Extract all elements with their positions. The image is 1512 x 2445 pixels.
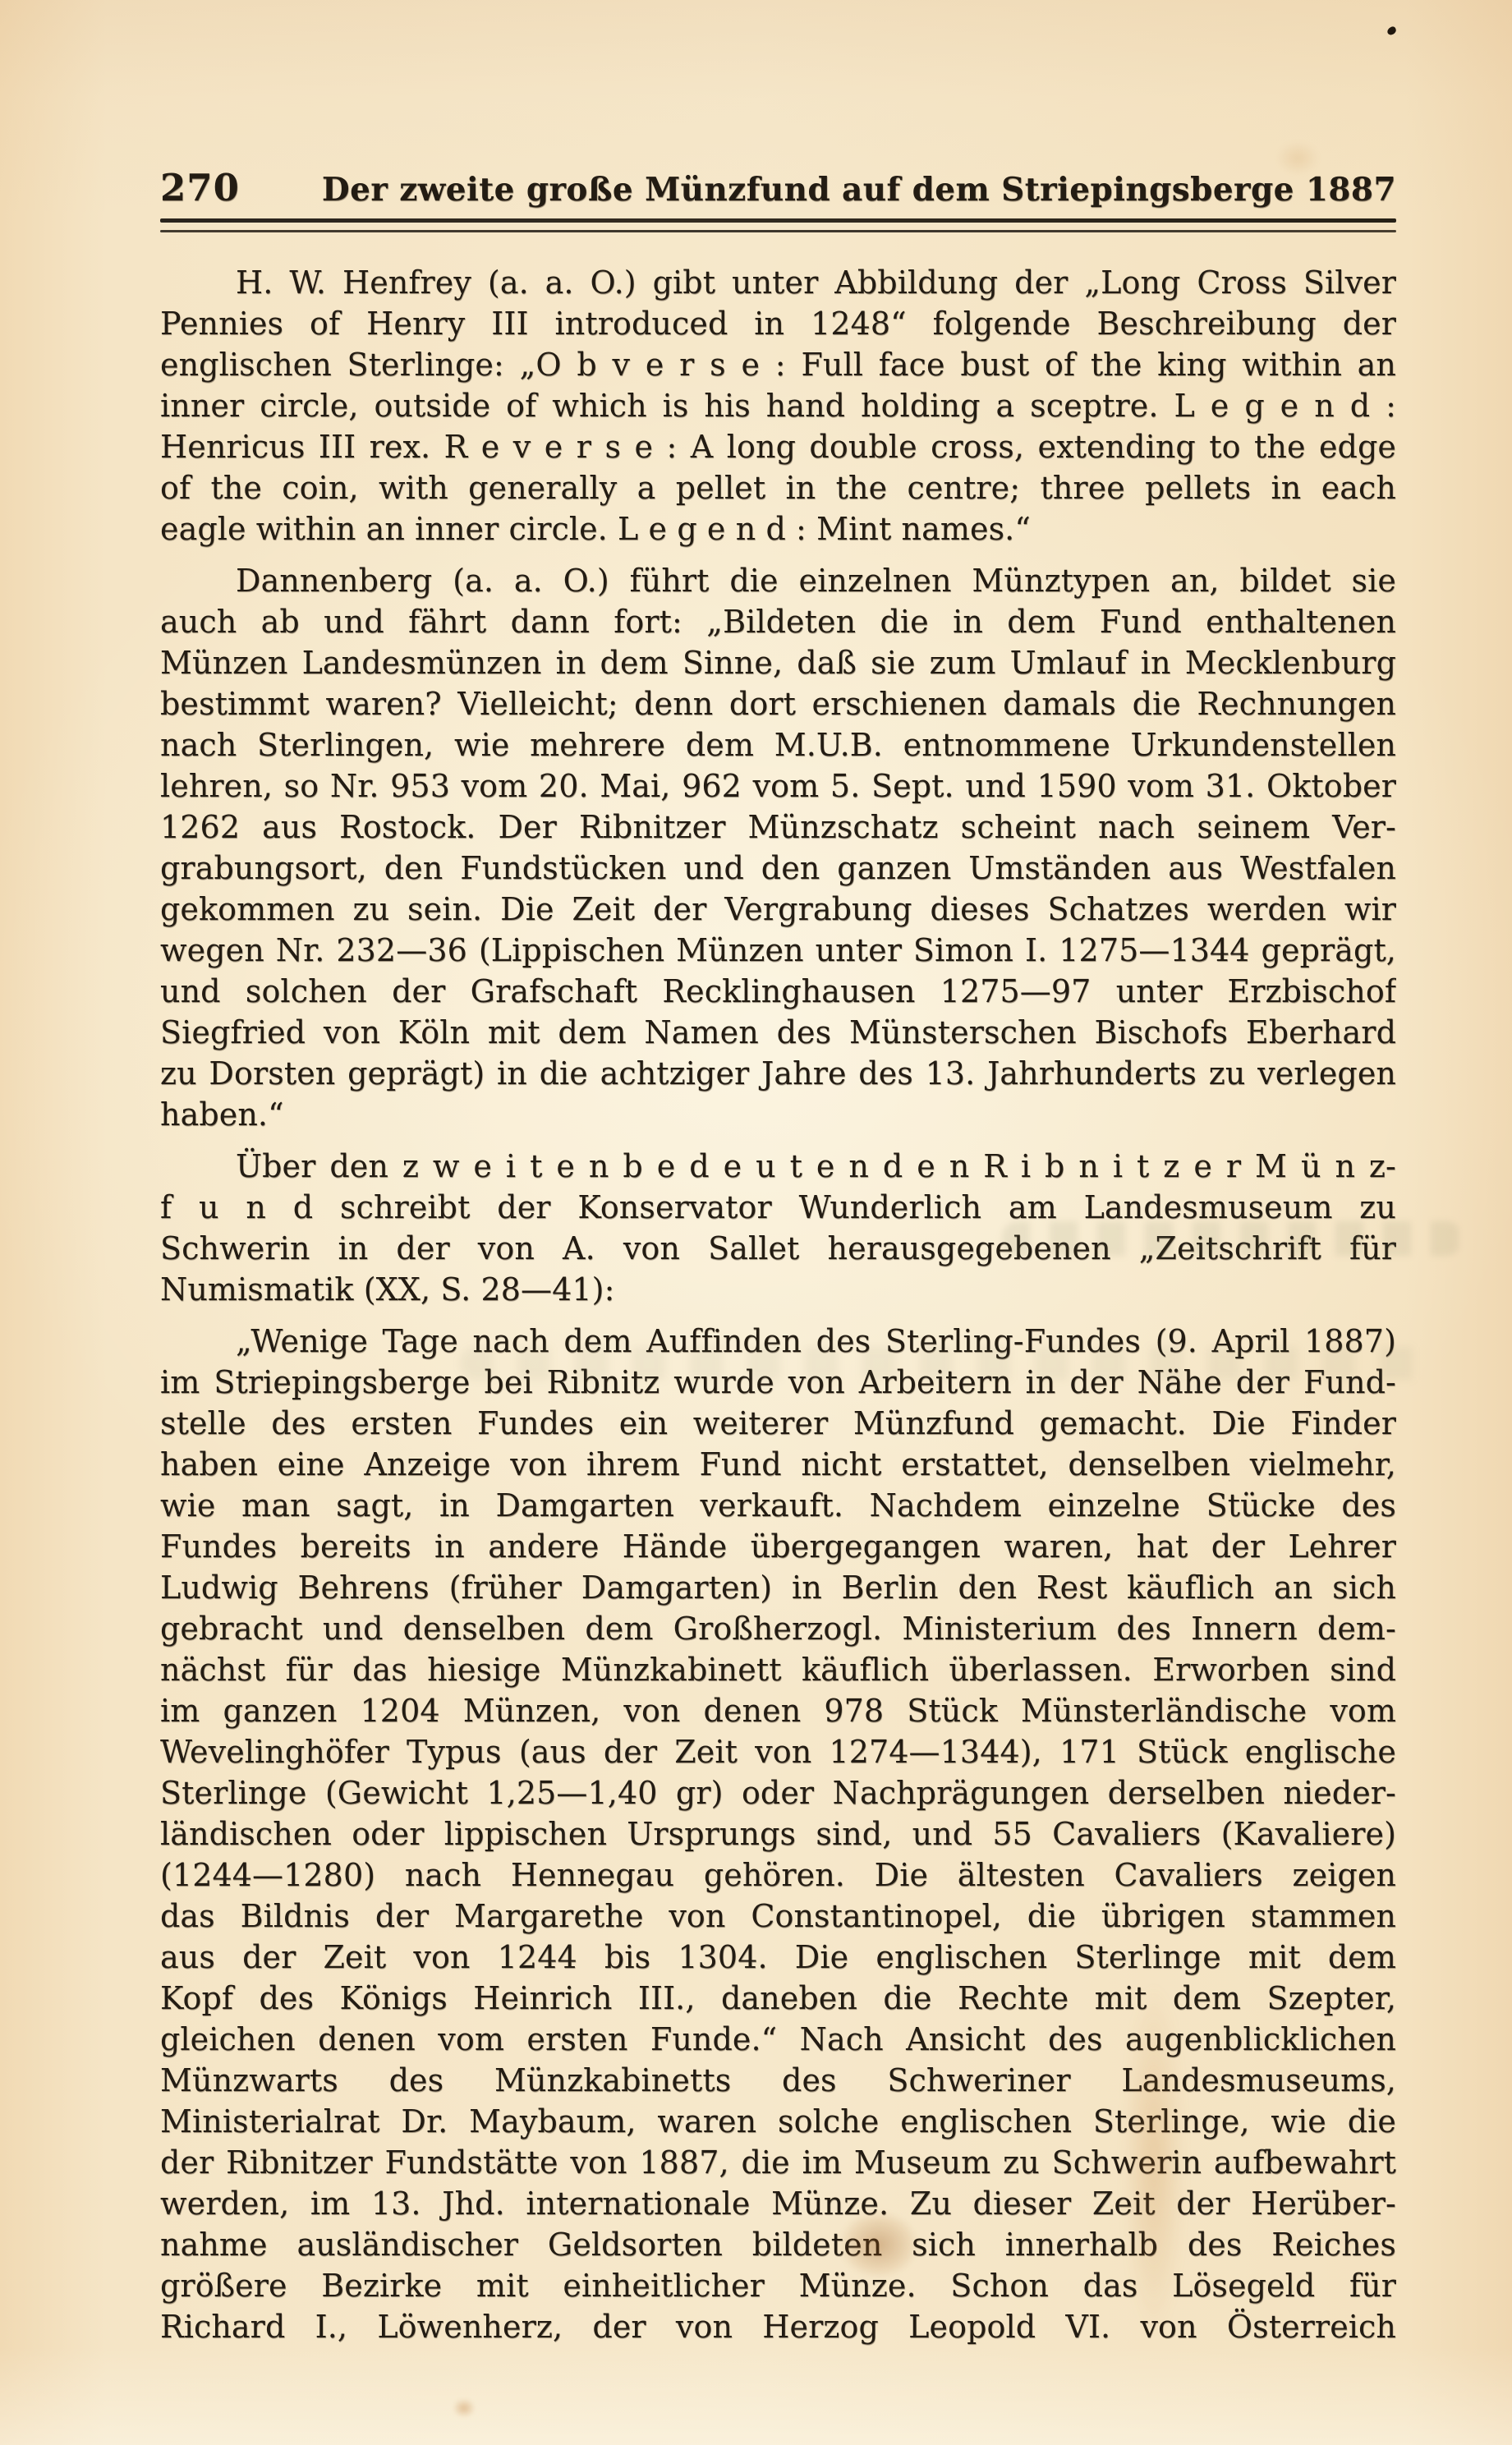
paragraph: H. W. Henfrey (a. a. O.) gibt unter Abbi… — [160, 262, 1396, 549]
page-number: 270 — [160, 166, 240, 209]
text-line: und solchen der Grafschaft Recklinghause… — [160, 971, 1396, 1012]
text-line: wie man sagt, in Damgarten verkauft. Nac… — [160, 1485, 1396, 1526]
text-line: zu Dorsten geprägt) in die achtziger Jah… — [160, 1053, 1396, 1094]
header-rule-thick-line — [160, 218, 1396, 223]
text-line: im ganzen 1204 Münzen, von denen 978 Stü… — [160, 1690, 1396, 1731]
text-line: H. W. Henfrey (a. a. O.) gibt unter Abbi… — [160, 262, 1396, 303]
text-line: englischen Sterlinge: „O b v e r s e : F… — [160, 344, 1396, 385]
page-header: 270 Der zweite große Münzfund auf dem St… — [160, 166, 1396, 209]
text-line: Münzwarts des Münzkabinetts des Schwerin… — [160, 2060, 1396, 2101]
paragraph: „Wenige Tage nach dem Auffinden des Ster… — [160, 1321, 1396, 2347]
text-line: im Striepingsberge bei Ribnitz wurde von… — [160, 1362, 1396, 1403]
text-line: Schwerin in der von A. von Sallet heraus… — [160, 1228, 1396, 1269]
text-line: Ludwig Behrens (früher Damgarten) in Ber… — [160, 1567, 1396, 1608]
text-line: Richard I., Löwenherz, der von Herzog Le… — [160, 2306, 1396, 2347]
text-line: werden, im 13. Jhd. internationale Münze… — [160, 2183, 1396, 2224]
text-line: bestimmt waren? Vielleicht; denn dort er… — [160, 683, 1396, 724]
header-rule-thin-line — [160, 230, 1396, 232]
text-line: haben eine Anzeige von ihrem Fund nicht … — [160, 1444, 1396, 1485]
text-line: eagle within an inner circle. L e g e n … — [160, 508, 1396, 549]
text-line: gekommen zu sein. Die Zeit der Vergrabun… — [160, 889, 1396, 930]
ink-speck — [1386, 25, 1398, 36]
text-line: nach Sterlingen, wie mehrere dem M.U.B. … — [160, 724, 1396, 765]
text-line: größere Bezirke mit einheitlicher Münze.… — [160, 2265, 1396, 2306]
paragraph: Über den z w e i t e n b e d e u t e n d… — [160, 1146, 1396, 1310]
text-line: lehren, so Nr. 953 vom 20. Mai, 962 vom … — [160, 765, 1396, 807]
text-line: inner circle, outside of which is his ha… — [160, 385, 1396, 426]
text-line: gebracht und denselben dem Großherzogl. … — [160, 1608, 1396, 1649]
text-line: nächst für das hiesige Münzkabinett käuf… — [160, 1649, 1396, 1690]
text-line: 1262 aus Rostock. Der Ribnitzer Münzscha… — [160, 807, 1396, 848]
text-line: f u n d schreibt der Konservator Wunderl… — [160, 1187, 1396, 1228]
text-line: der Ribnitzer Fundstätte von 1887, die i… — [160, 2142, 1396, 2183]
text-line: Siegfried von Köln mit dem Namen des Mün… — [160, 1012, 1396, 1053]
text-line: Dannenberg (a. a. O.) führt die einzelne… — [160, 560, 1396, 601]
text-line: stelle des ersten Fundes ein weiterer Mü… — [160, 1403, 1396, 1444]
header-rule — [160, 218, 1396, 232]
text-line: Sterlinge (Gewicht 1,25—1,40 gr) oder Na… — [160, 1772, 1396, 1813]
text-line: das Bildnis der Margarethe von Constanti… — [160, 1896, 1396, 1937]
page-text: H. W. Henfrey (a. a. O.) gibt unter Abbi… — [160, 262, 1396, 2347]
text-line: Münzen Landesmünzen in dem Sinne, daß si… — [160, 642, 1396, 683]
text-line: Fundes bereits in andere Hände übergegan… — [160, 1526, 1396, 1567]
running-title: Der zweite große Münzfund auf dem Striep… — [322, 171, 1396, 209]
text-line: „Wenige Tage nach dem Auffinden des Ster… — [160, 1321, 1396, 1362]
paragraph: Dannenberg (a. a. O.) führt die einzelne… — [160, 560, 1396, 1135]
text-line: wegen Nr. 232—36 (Lippischen Münzen unte… — [160, 930, 1396, 971]
text-line: grabungsort, den Fundstücken und den gan… — [160, 848, 1396, 889]
text-line: ländischen oder lippischen Ursprungs sin… — [160, 1813, 1396, 1854]
text-line: of the coin, with generally a pellet in … — [160, 467, 1396, 508]
text-line: Über den z w e i t e n b e d e u t e n d… — [160, 1146, 1396, 1187]
text-line: Numismatik (XX, S. 28—41): — [160, 1269, 1396, 1310]
book-page: 270 Der zweite große Münzfund auf dem St… — [0, 0, 1512, 2445]
text-line: aus der Zeit von 1244 bis 1304. Die engl… — [160, 1937, 1396, 1978]
text-line: (1244—1280) nach Hennegau gehören. Die ä… — [160, 1854, 1396, 1896]
text-line: gleichen denen vom ersten Funde.“ Nach A… — [160, 2019, 1396, 2060]
text-line: Kopf des Königs Heinrich III., daneben d… — [160, 1978, 1396, 2019]
text-line: Henricus III rex. R e v e r s e : A long… — [160, 426, 1396, 467]
paper-stain-dot — [448, 2394, 480, 2422]
text-line: Pennies of Henry III introduced in 1248“… — [160, 303, 1396, 344]
text-line: Ministerialrat Dr. Maybaum, waren solche… — [160, 2101, 1396, 2142]
text-line: nahme ausländischer Geldsorten bildeten … — [160, 2224, 1396, 2265]
text-line: auch ab und fährt dann fort: „Bildeten d… — [160, 601, 1396, 642]
text-line: Wevelinghöfer Typus (aus der Zeit von 12… — [160, 1731, 1396, 1772]
text-line: haben.“ — [160, 1094, 1396, 1135]
